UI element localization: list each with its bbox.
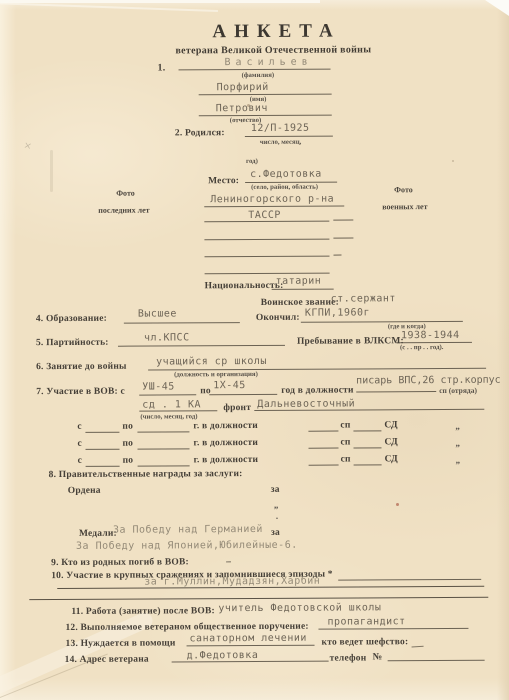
ordena-label: Ордена: [68, 486, 101, 496]
row-duty-label: г. в должности: [194, 455, 259, 465]
surname-caption: (фамилия): [242, 72, 275, 79]
birthdate-caption-2: год): [246, 158, 258, 165]
form-subtitle: ветерана Великой Отечественной войны: [175, 44, 371, 56]
service-from-value: УШ-45: [142, 381, 175, 392]
birthdate-caption: число, месяц,: [260, 139, 301, 146]
q2-label: 2. Родился:: [175, 128, 225, 138]
ditto-mark: „: [455, 421, 460, 431]
row-sd-label: СД: [384, 437, 397, 447]
rank-label: Воинское звание:: [261, 298, 339, 308]
row-line: [86, 449, 120, 450]
q9-value: –: [226, 557, 231, 567]
service-unit-line: [139, 410, 217, 411]
row-line: [354, 464, 382, 465]
line-segment: [334, 255, 342, 256]
front-line: [254, 409, 484, 411]
q12-line: [318, 628, 468, 630]
photo-right-label-1: Фото: [394, 185, 413, 194]
birthplace-district-line: [204, 206, 344, 208]
ditto-mark: „: [274, 500, 279, 510]
photo-left-label-1: Фото: [116, 189, 135, 198]
medals-label: Медали:: [79, 529, 117, 539]
scanned-questionnaire-page: × АНКЕТА ветерана Великой Отечественной …: [0, 0, 509, 700]
prewar-occupation-line: [148, 368, 486, 371]
medal-1-value: За Победу над Германией: [113, 524, 263, 536]
q13-value: санаторном лечении: [189, 633, 306, 645]
q10-rule-2: [29, 597, 488, 600]
q12-label: 12. Выполняемое ветераном общественное п…: [65, 622, 308, 633]
q11-value: учитель Федотовской школы: [218, 602, 381, 614]
party-value: чл.КПСС: [144, 332, 190, 343]
nationality-value: татарин: [276, 276, 322, 287]
birthdate-value: 12/П-1925: [251, 123, 310, 134]
q11-label: 11. Работа (занятие) после ВОВ:: [71, 606, 215, 617]
education-value: Высшее: [138, 308, 177, 319]
row-line: [137, 431, 189, 432]
komsomol-stay-label: Пребывание в: [297, 336, 361, 346]
graduated-value: КГПИ,1960г: [305, 307, 370, 318]
birthplace-district-value: Лениногорского р-на: [210, 194, 334, 206]
medals-za-label: за: [271, 528, 280, 538]
row-sp-label: сп: [340, 420, 350, 430]
row-line: [354, 447, 382, 448]
handwritten-dash: [412, 646, 424, 648]
front-value: Дальневосточный: [257, 398, 355, 410]
birthplace-label: Место:: [208, 176, 239, 186]
service-duty-caption: сп (отряда): [439, 386, 477, 395]
patronymic-value: Петрович: [216, 103, 268, 114]
row-line: [138, 465, 190, 466]
q8-label: 8. Правительственные награды за заслуги:: [49, 469, 243, 480]
party-line: [118, 345, 285, 347]
rank-value: ст.сержант: [331, 293, 396, 304]
line-segment: [333, 219, 353, 220]
form-title: АНКЕТА: [212, 21, 341, 44]
row-c-label: с: [78, 456, 82, 466]
prewar-occupation-value: учащийся ср школы: [156, 356, 267, 368]
q5-label: 5. Партийность:: [36, 338, 109, 348]
q10-line: [338, 579, 481, 581]
surname-value: Васильев: [224, 57, 312, 68]
row-line: [309, 448, 339, 449]
q13-label: 13. Нуждается в помощи: [66, 638, 176, 649]
row-sp-label: сп: [341, 454, 351, 464]
row-sp-label: сп: [340, 437, 350, 447]
row-po-label: по: [123, 456, 134, 466]
q13-line: [187, 645, 315, 647]
q4-label: 4. Образование:: [36, 314, 107, 324]
vlksm-value: 1938-1944: [401, 330, 460, 341]
birthplace-region-line: [204, 221, 329, 223]
service-from-line: [139, 394, 196, 395]
phone-line: [388, 660, 485, 662]
birthplace-caption: (село, район, область): [251, 184, 318, 191]
service-to-line: [209, 394, 277, 395]
blank-line: [204, 239, 329, 241]
q9-label: 9. Кто из родных погиб в ВОВ:: [51, 557, 189, 568]
row-duty-label: г. в должности: [193, 421, 258, 431]
graduated-label: Окончил:: [256, 313, 300, 323]
service-unit-caption: (число, месяц, год): [140, 413, 197, 420]
ditto-mark: „: [455, 438, 460, 448]
row-line: [309, 465, 339, 466]
birthplace-value: с.Федотовка: [250, 169, 322, 180]
row-line: [353, 430, 381, 431]
medal-2-value: За Победу над Японией,Юбилейные-6.: [76, 540, 298, 552]
service-duty-value: писарь ВПС,26 стр.корпус: [356, 375, 501, 387]
row-c-label: с: [77, 439, 81, 449]
ditto-mark: „: [456, 455, 461, 465]
ditto-mark: .: [276, 511, 278, 521]
row-line: [138, 448, 190, 449]
blank-line: [205, 256, 330, 258]
ordena-za-label: за: [271, 485, 280, 495]
row-c-label: с: [77, 422, 81, 432]
phone-label: телефон: [330, 653, 367, 663]
row-line: [86, 466, 120, 467]
vlksm-line: [396, 342, 472, 343]
photo-left-label-2: последних лет: [98, 206, 149, 215]
row-po-label: по: [122, 422, 133, 432]
row-line: [85, 432, 119, 433]
q6-label: 6. Занятие до войны: [36, 362, 127, 372]
graduated-line: [301, 321, 463, 323]
row-sd-label: СД: [385, 454, 398, 464]
photo-right-label-2: военных лет: [382, 202, 427, 211]
phone-number-sign: №: [373, 652, 383, 662]
surname-line: [179, 69, 331, 71]
patronymic-line: [199, 115, 332, 117]
service-duty-label: год в должности: [281, 385, 354, 395]
firstname-value: Порфирий: [217, 82, 269, 93]
service-duty-line: [356, 391, 436, 392]
q14-value: д.Федотовка: [187, 650, 259, 661]
blank-line: [205, 273, 330, 275]
prewar-occupation-caption: (должность и организация): [174, 371, 258, 378]
row-po-label: по: [122, 439, 133, 449]
row-line: [308, 431, 338, 432]
service-unit-value: сд . 1 КА: [142, 399, 201, 410]
q12-value: пропагандист: [327, 616, 405, 627]
service-to-value: 1Х-45: [213, 380, 246, 391]
line-segment: [333, 237, 353, 238]
q7-label: 7. Участие в ВОВ: с: [36, 387, 125, 397]
row-sd-label: СД: [384, 420, 397, 430]
q10-value: за г.Муллин,Мудадзян,Харбин: [144, 576, 320, 588]
q10-rule-1: [57, 586, 484, 589]
vlksm-caption: (с . . пр . . год).: [400, 344, 444, 351]
birthdate-line: [245, 136, 333, 137]
birthplace-region-value: ТАССР: [248, 210, 281, 221]
q14-label: 14. Адрес ветерана: [65, 655, 149, 665]
education-line: [124, 322, 240, 324]
q13-shefstvo-label: кто ведет шефство:: [322, 637, 409, 647]
front-label: фронт: [223, 403, 251, 413]
q1-number: 1.: [157, 62, 165, 73]
nationality-line: [272, 289, 334, 290]
row-duty-label: г. в должности: [193, 438, 258, 448]
q14-line: [172, 661, 329, 663]
